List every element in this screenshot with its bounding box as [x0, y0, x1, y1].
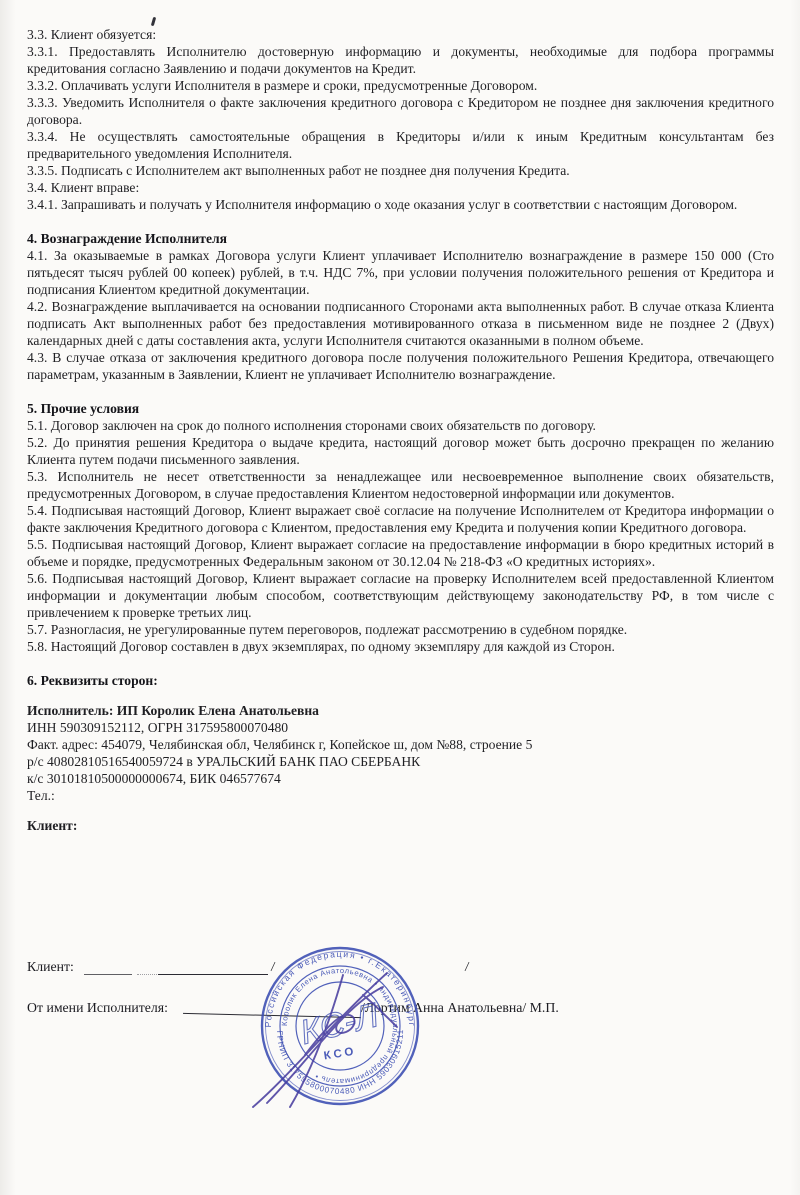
executor-phone: Тел.: — [27, 787, 774, 804]
clause-5-6: 5.6. Подписывая настоящий Договор, Клиен… — [27, 570, 774, 621]
executor-corr-account: к/с 30101810500000000674, БИК 046577674 — [27, 770, 774, 787]
clause-5-4: 5.4. Подписывая настоящий Договор, Клиен… — [27, 502, 774, 536]
clause-3-3-5: 3.3.5. Подписать с Исполнителем акт выпо… — [27, 162, 774, 179]
executor-address: Факт. адрес: 454079, Челябинская обл, Че… — [27, 736, 774, 753]
clause-3-4-1: 3.4.1. Запрашивать и получать у Исполнит… — [27, 196, 774, 213]
clause-3-3-3: 3.3.3. Уведомить Исполнителя о факте зак… — [27, 94, 774, 128]
client-signature-label: Клиент: — [27, 959, 74, 975]
clause-3-3-2: 3.3.2. Оплачивать услуги Исполнителя в р… — [27, 77, 774, 94]
clause-4-3: 4.3. В случае отказа от заключения креди… — [27, 349, 774, 383]
clause-3-3: 3.3. Клиент обязуется: — [27, 26, 774, 43]
clause-4-1: 4.1. За оказываемые в рамках Договора ус… — [27, 247, 774, 298]
executor-inn-ogrn: ИНН 590309152112, ОГРН 317595800070480 — [27, 719, 774, 736]
clause-5-3: 5.3. Исполнитель не несет ответственност… — [27, 468, 774, 502]
client-signature-line — [84, 974, 132, 975]
section-heading-5: 5. Прочие условия — [27, 400, 774, 417]
clause-5-7: 5.7. Разногласия, не урегулированные пут… — [27, 621, 774, 638]
clause-3-3-4: 3.3.4. Не осуществлять самостоятельные о… — [27, 128, 774, 162]
scanned-contract-page: 3.3. Клиент обязуется: 3.3.1. Предоставл… — [0, 0, 800, 1195]
clause-3-3-1: 3.3.1. Предоставлять Исполнителю достове… — [27, 43, 774, 77]
clause-5-8: 5.8. Настоящий Договор составлен в двух … — [27, 638, 774, 655]
clause-4-2: 4.2. Вознаграждение выплачивается на осн… — [27, 298, 774, 349]
round-stamp-seal: Российская Федерация • г.Екатеринбург ОГ… — [245, 935, 435, 1125]
clause-5-1: 5.1. Договор заключен на срок до полного… — [27, 417, 774, 434]
section-heading-6: 6. Реквизиты сторон: — [27, 672, 774, 689]
stamp-monogram: КС-Л — [297, 996, 383, 1052]
executor-requisites-title: Исполнитель: ИП Королик Елена Анатольевн… — [27, 702, 774, 719]
clause-5-5: 5.5. Подписывая настоящий Договор, Клиен… — [27, 536, 774, 570]
executor-account: р/с 40802810516540059724 в УРАЛЬСКИЙ БАН… — [27, 753, 774, 770]
section-heading-4: 4. Вознаграждение Исполнителя — [27, 230, 774, 247]
contract-body: 3.3. Клиент обязуется: 3.3.1. Предоставл… — [0, 0, 800, 834]
clause-5-2: 5.2. До принятия решения Кредитора о выд… — [27, 434, 774, 468]
client-requisites-title: Клиент: — [27, 817, 774, 834]
stamp-center-label: КСО — [323, 1045, 357, 1062]
client-name-slash: / — [464, 959, 469, 975]
executor-signature-label: От имени Исполнителя: — [27, 1000, 168, 1016]
clause-3-4: 3.4. Клиент вправе: — [27, 179, 774, 196]
